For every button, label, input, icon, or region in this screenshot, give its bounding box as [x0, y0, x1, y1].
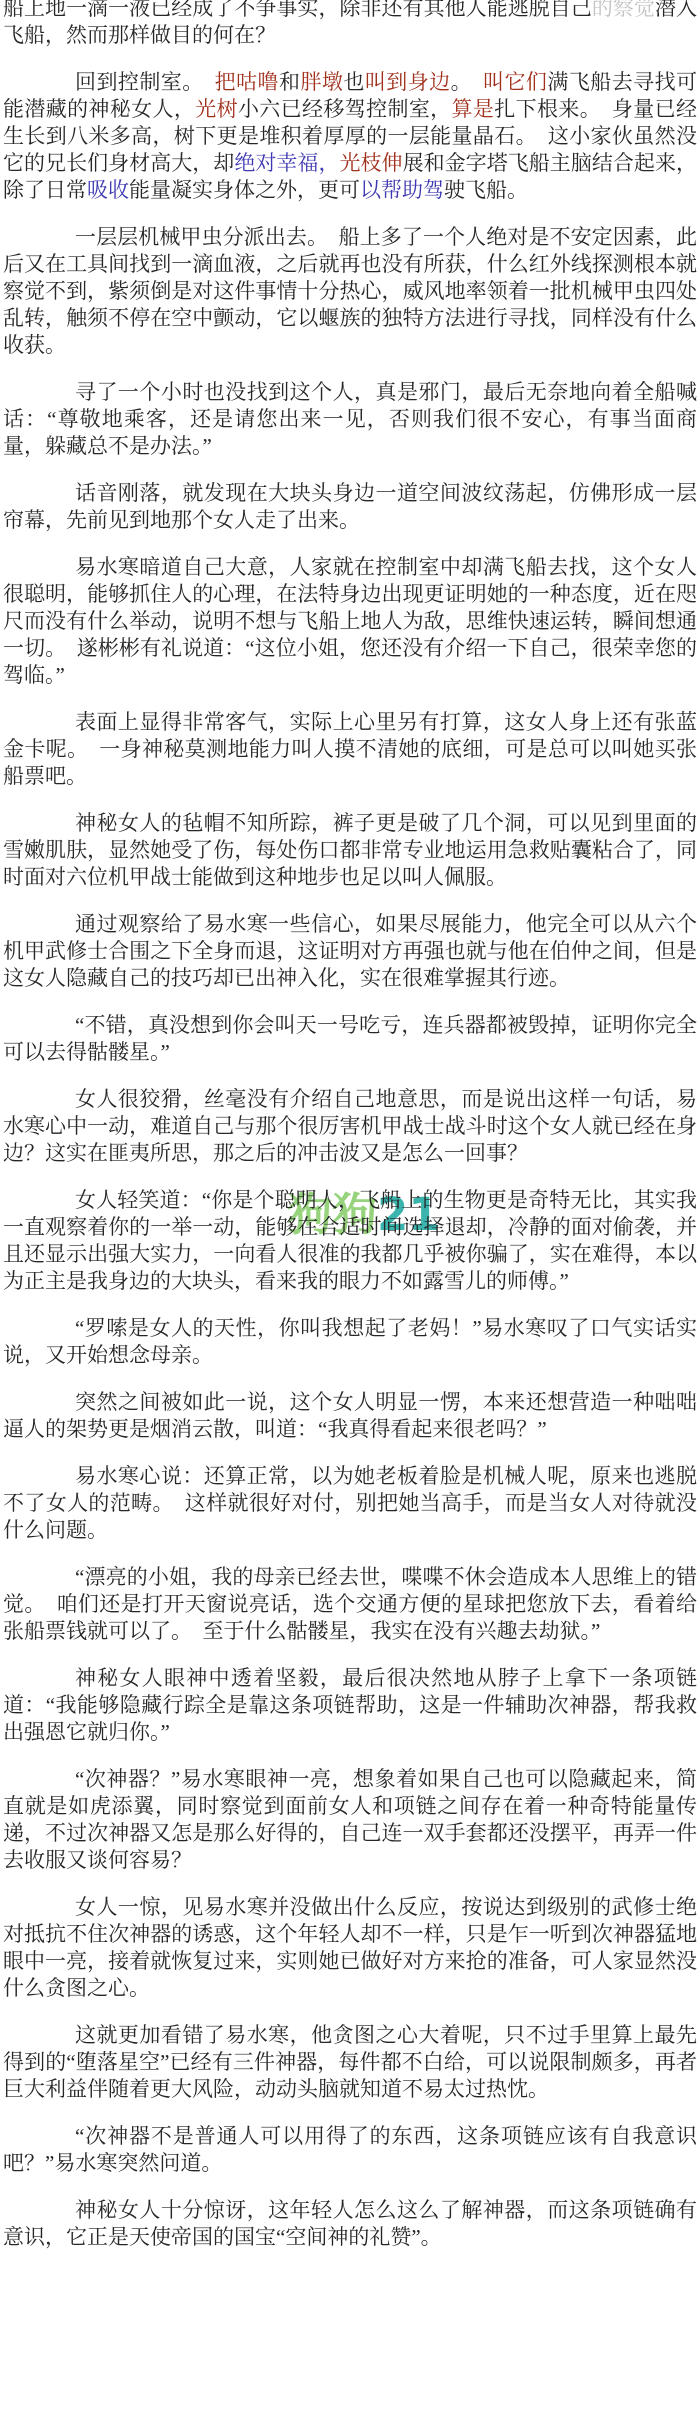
text-run: 女人很狡猾，丝毫没有介绍自己地意思，而是说出这样一句话，易水寒心中一动，难道自己…	[3, 1087, 697, 1165]
text-run: 一层层机械甲虫分派出去。 船上多了一个人绝对是不安定因素，此后又在工具间找到一滴…	[3, 225, 697, 357]
novel-paragraph: 女人很狡猾，丝毫没有介绍自己地意思，而是说出这样一句话，易水寒心中一动，难道自己…	[3, 1086, 697, 1167]
text-run: 回到控制室。	[75, 70, 215, 94]
novel-paragraph: 表面上显得非常客气，实际上心里另有打算，这女人身上还有张蓝金卡呢。 一身神秘莫测…	[3, 709, 697, 790]
novel-paragraph: “不错，真没想到你会叫天一号吃亏，连兵器都被毁掉，证明你完全可以去得骷髅星。”	[3, 1012, 697, 1066]
text-run: 女人一惊，见易水寒并没做出什么反应，按说达到级别的武修士绝对抵抗不住次神器的诱惑…	[3, 1895, 697, 2000]
novel-paragraph: 神秘女人眼神中透着坚毅，最后很决然地从脖子上拿下一条项链道：“我能够隐藏行踪全是…	[3, 1665, 697, 1746]
novel-page: 狗狗21 船上地一滴一液已经成了不争事实，除非还有其他人能逃脱自己的察觉潜入飞船…	[0, 0, 700, 2421]
novel-paragraph: 女人轻笑道：“你是个聪明人，飞船上的生物更是奇特无比，其实我一直观察着你的一举一…	[3, 1187, 697, 1295]
novel-paragraph: “次神器不是普通人可以用得了的东西，这条项链应该有自我意识吧？”易水寒突然问道。	[3, 2123, 697, 2177]
novel-paragraph: 回到控制室。 把咕噜和胖墩也叫到身边。 叫它们满飞船去寻找可能潜藏的神秘女人，光…	[3, 69, 697, 204]
novel-paragraph: 神秘女人十分惊讶，这年轻人怎么这么了解神器，而这条项链确有意识，它正是天使帝国的…	[3, 2197, 697, 2251]
text-run: 吸收	[87, 178, 129, 202]
text-run: 小六已经移驾控制室，	[238, 97, 452, 121]
text-run: “漂亮的小姐，我的母亲已经去世，喋喋不休会造成本人思维上的错觉。 咱们还是打开天…	[3, 1565, 697, 1643]
text-run: 的察觉	[592, 0, 655, 20]
text-run: 光枝伸	[340, 151, 403, 175]
novel-paragraph: 一层层机械甲虫分派出去。 船上多了一个人绝对是不安定因素，此后又在工具间找到一滴…	[3, 224, 697, 359]
novel-paragraph: 突然之间被如此一说，这个女人明显一愣，本来还想营造一种咄咄逼人的架势更是烟消云散…	[3, 1389, 697, 1443]
novel-paragraph: “漂亮的小姐，我的母亲已经去世，喋喋不休会造成本人思维上的错觉。 咱们还是打开天…	[3, 1564, 697, 1645]
text-run: 神秘女人的毡帽不知所踪，裤子更是破了几个洞，可以见到里面的雪嫩肌肤，显然她受了伤…	[3, 811, 697, 889]
text-run: 通过观察给了易水寒一些信心，如果尽展能力，他完全可以从六个机甲武修士合围之下全身…	[3, 912, 697, 990]
novel-paragraph: “次神器？”易水寒眼神一亮，想象着如果自己也可以隐藏起来，简直就是如虎添翼，同时…	[3, 1766, 697, 1874]
novel-paragraph: 船上地一滴一液已经成了不争事实，除非还有其他人能逃脱自己的察觉潜入飞船，然而那样…	[3, 0, 697, 49]
text-run: 易水寒心说：还算正常，以为她老板着脸是机械人呢，原来也逃脱不了女人的范畴。 这样…	[3, 1464, 697, 1542]
text-run: 船上地一滴一液已经成了不争事实，除非还有其他人能逃脱自己	[3, 0, 592, 20]
novel-text: 船上地一滴一液已经成了不争事实，除非还有其他人能逃脱自己的察觉潜入飞船，然而那样…	[0, 0, 700, 2251]
novel-paragraph: 神秘女人的毡帽不知所踪，裤子更是破了几个洞，可以见到里面的雪嫩肌肤，显然她受了伤…	[3, 810, 697, 891]
text-run: 驶飞船。	[444, 178, 528, 202]
novel-paragraph: 通过观察给了易水寒一些信心，如果尽展能力，他完全可以从六个机甲武修士合围之下全身…	[3, 911, 697, 992]
text-run: 表面上显得非常客气，实际上心里另有打算，这女人身上还有张蓝金卡呢。 一身神秘莫测…	[3, 710, 697, 788]
text-run: 叫到身边	[365, 70, 451, 94]
text-run: 易水寒暗道自己大意，人家就在控制室中却满飞船去找，这个女人很聪明，能够抓住人的心…	[3, 555, 697, 687]
novel-paragraph: 寻了一个小时也没找到这个人，真是邪门，最后无奈地向着全船喊话：“尊敬地乘客，还是…	[3, 379, 697, 460]
text-run: 突然之间被如此一说，这个女人明显一愣，本来还想营造一种咄咄逼人的架势更是烟消云散…	[3, 1390, 697, 1441]
text-run: 绝对幸福，	[234, 151, 339, 175]
text-run: 寻了一个小时也没找到这个人，真是邪门，最后无奈地向着全船喊话：“尊敬地乘客，还是…	[3, 380, 697, 458]
text-run: “罗嗦是女人的天性，你叫我想起了老妈！”易水寒叹了口气实话实说，又开始想念母亲。	[3, 1316, 697, 1367]
novel-paragraph: 这就更加看错了易水寒，他贪图之心大着呢，只不过手里算上最先得到的“堕落星空”已经…	[3, 2022, 697, 2103]
text-run: 光树	[195, 97, 238, 121]
text-run: 神秘女人眼神中透着坚毅，最后很决然地从脖子上拿下一条项链道：“我能够隐藏行踪全是…	[3, 1666, 697, 1744]
novel-paragraph: 话音刚落，就发现在大块头身边一道空间波纹荡起，仿佛形成一层帘幕，先前见到地那个女…	[3, 480, 697, 534]
novel-paragraph: “罗嗦是女人的天性，你叫我想起了老妈！”易水寒叹了口气实话实说，又开始想念母亲。	[3, 1315, 697, 1369]
text-run: 叫它们	[483, 70, 547, 94]
text-run: 女人轻笑道：“你是个聪明人，飞船上的生物更是奇特无比，其实我一直观察着你的一举一…	[3, 1188, 697, 1293]
text-run: “不错，真没想到你会叫天一号吃亏，连兵器都被毁掉，证明你完全可以去得骷髅星。”	[3, 1013, 697, 1064]
text-run: 和	[279, 70, 300, 94]
text-run: 这就更加看错了易水寒，他贪图之心大着呢，只不过手里算上最先得到的“堕落星空”已经…	[3, 2023, 697, 2101]
text-run: “次神器不是普通人可以用得了的东西，这条项链应该有自我意识吧？”易水寒突然问道。	[3, 2124, 697, 2175]
text-run: 以帮助驾	[360, 178, 444, 202]
novel-paragraph: 女人一惊，见易水寒并没做出什么反应，按说达到级别的武修士绝对抵抗不住次神器的诱惑…	[3, 1894, 697, 2002]
text-run: 神秘女人十分惊讶，这年轻人怎么这么了解神器，而这条项链确有意识，它正是天使帝国的…	[3, 2198, 697, 2249]
novel-paragraph: 易水寒心说：还算正常，以为她老板着脸是机械人呢，原来也逃脱不了女人的范畴。 这样…	[3, 1463, 697, 1544]
text-run: 把咕噜	[215, 70, 279, 94]
text-run: “次神器？”易水寒眼神一亮，想象着如果自己也可以隐藏起来，简直就是如虎添翼，同时…	[3, 1767, 697, 1872]
text-run: 。	[451, 70, 483, 94]
text-run: 胖墩	[300, 70, 343, 94]
text-run: 算是	[452, 97, 495, 121]
text-run: 也	[343, 70, 364, 94]
novel-paragraph: 易水寒暗道自己大意，人家就在控制室中却满飞船去找，这个女人很聪明，能够抓住人的心…	[3, 554, 697, 689]
text-run: 能量凝实身体之外，更可	[129, 178, 360, 202]
text-run: 话音刚落，就发现在大块头身边一道空间波纹荡起，仿佛形成一层帘幕，先前见到地那个女…	[3, 481, 697, 532]
